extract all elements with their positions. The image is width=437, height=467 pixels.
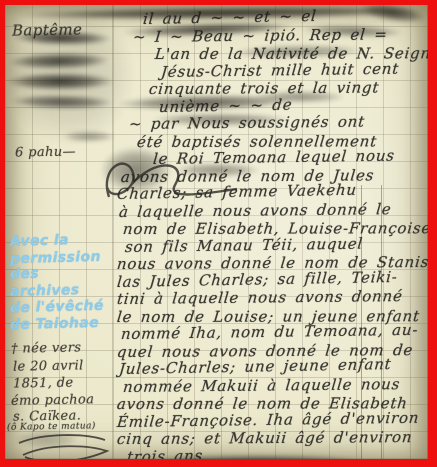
ink-smudge <box>63 131 115 142</box>
manuscript-line: nommé Iha, nom du Temoana, au- <box>120 322 419 343</box>
margin-note: † née vers <box>11 340 82 356</box>
manuscript-line: tini à laquelle nous avons donné <box>116 288 403 308</box>
margin-note: 1851, de <box>13 375 74 391</box>
ink-smudge <box>359 5 427 26</box>
manuscript-line: cinq ans; et Makuii âgé d'environ <box>116 429 413 448</box>
manuscript-line: le Roi Temoana lequel nous <box>152 148 395 168</box>
manuscript-line: Charles; sa femme Vaekehu <box>116 182 357 203</box>
credit-line: de l'évêché <box>10 298 104 316</box>
red-scan-frame: il au d ~ ~ et ~ el~ I ~ Beau ~ ipió. Re… <box>0 0 437 467</box>
manuscript-line: ~ par Nous soussignés ont <box>128 114 366 133</box>
margin-note: le 20 avril <box>13 358 84 374</box>
ink-smudge <box>7 73 113 90</box>
manuscript-line: ~ I ~ Beau ~ ipió. Rep el = <box>132 26 388 46</box>
credit-line: des <box>10 266 39 283</box>
credit-line: archives <box>10 282 80 300</box>
credit-line: permission <box>10 248 101 266</box>
margin-note: Baptême <box>12 20 83 39</box>
manuscript-line: Jésus-Christ mille huit cent <box>160 60 400 80</box>
margin-rule <box>112 5 113 459</box>
credit-line: de Taiohae <box>10 314 99 332</box>
manuscript-line: il au d ~ ~ et ~ el <box>142 8 317 28</box>
manuscript-line: à laquelle nous avons donné le <box>118 201 392 221</box>
margin-note: 6 pahu— <box>15 144 76 160</box>
manuscript-line: son fils Manau Téii, auquel <box>124 235 364 255</box>
ink-smudge <box>11 94 113 110</box>
credit-line: Avec la <box>10 232 69 250</box>
ink-smudge <box>9 52 109 70</box>
margin-note: (ô Kapo te matua) <box>7 421 96 433</box>
manuscript-page: il au d ~ ~ et ~ el~ I ~ Beau ~ ipió. Re… <box>5 5 428 459</box>
signature-paraph-icon <box>13 429 117 459</box>
manuscript-line: nommée Makuii à laquelle nous <box>122 376 401 396</box>
manuscript-line: trois ans <box>126 447 203 459</box>
margin-note: émo pachoa <box>11 392 95 408</box>
